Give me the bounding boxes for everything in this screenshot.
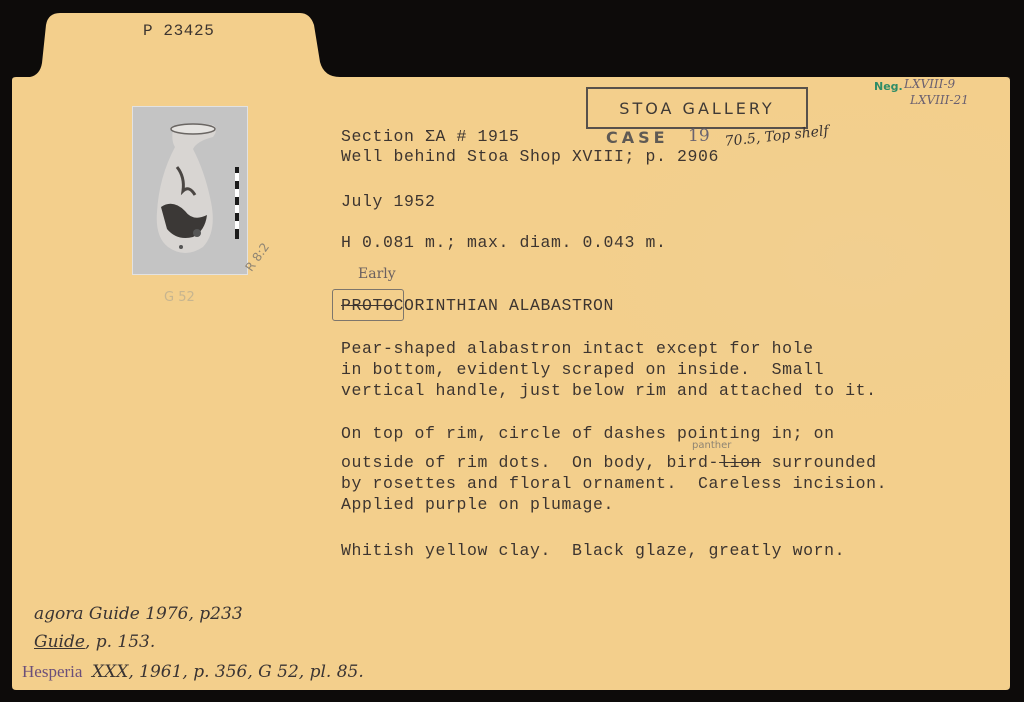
alabastron-photo-icon bbox=[133, 107, 248, 275]
dimensions-line: H 0.081 m.; max. diam. 0.043 m. bbox=[341, 232, 667, 254]
date-line: July 1952 bbox=[341, 191, 436, 213]
findspot-line: Well behind Stoa Shop XVIII; p. 2906 bbox=[341, 146, 719, 168]
bibliography-line3: Hesperia XXX, 1961, p. 356, G 52, pl. 85… bbox=[22, 662, 364, 682]
section-line: Section ΣA # 1915 bbox=[341, 126, 520, 148]
line2-suffix: surrounded bbox=[761, 453, 877, 472]
case-number: 19 bbox=[688, 126, 710, 146]
title-insertion: Early bbox=[358, 266, 396, 282]
description-p2-line1: On top of rim, circle of dashes pointing… bbox=[341, 423, 835, 445]
line2-struck: lion bbox=[719, 453, 761, 472]
line2-prefix: outside of rim dots. On body, bird- bbox=[341, 453, 719, 472]
title-main: CORINTHIAN ALABASTRON bbox=[394, 296, 615, 315]
location-stamp: STOA GALLERY bbox=[586, 87, 808, 129]
photo-note-left: G 52 bbox=[164, 290, 195, 305]
description-p1-line2: in bottom, evidently scraped on inside. … bbox=[341, 359, 824, 381]
description-p1-line3: vertical handle, just below rim and atta… bbox=[341, 380, 877, 402]
object-title: PROTOCORINTHIAN ALABASTRON bbox=[341, 295, 614, 317]
bibliography-line2: Guide, p. 153. bbox=[34, 632, 155, 652]
description-p2-line4: Applied purple on plumage. bbox=[341, 494, 614, 516]
negative-stamp: Neg. bbox=[874, 80, 903, 93]
hesperia-stamp: Hesperia bbox=[22, 662, 82, 681]
title-struck-prefix: PROTO bbox=[341, 296, 394, 315]
bib-guide-underlined: Guide bbox=[34, 632, 85, 652]
location-stamp-text: STOA GALLERY bbox=[619, 99, 774, 118]
description-p2-line3: by rosettes and floral ornament. Careles… bbox=[341, 473, 887, 495]
bib-guide-page: , p. 153. bbox=[85, 632, 155, 652]
description-p2-line2: outside of rim dots. On body, bird-lion … bbox=[341, 452, 877, 474]
description-insertion: panther bbox=[692, 440, 731, 451]
description-p1-line1: Pear-shaped alabastron intact except for… bbox=[341, 338, 814, 360]
catalog-card: P 23425 G 52 R 8:2 STOA GALLERY CASE 19 … bbox=[0, 0, 1024, 702]
hesperia-citation: XXX, 1961, p. 356, G 52, pl. 85. bbox=[92, 662, 364, 682]
negative-number-2: LXVIII-21 bbox=[910, 93, 969, 107]
description-p3: Whitish yellow clay. Black glaze, greatl… bbox=[341, 540, 845, 562]
object-photo bbox=[132, 106, 248, 275]
case-label: CASE bbox=[606, 128, 669, 147]
negative-number-1: LXVIII-9 bbox=[904, 77, 955, 91]
inventory-number: P 23425 bbox=[143, 20, 214, 42]
bibliography-line1: agora Guide 1976, p233 bbox=[34, 604, 243, 624]
